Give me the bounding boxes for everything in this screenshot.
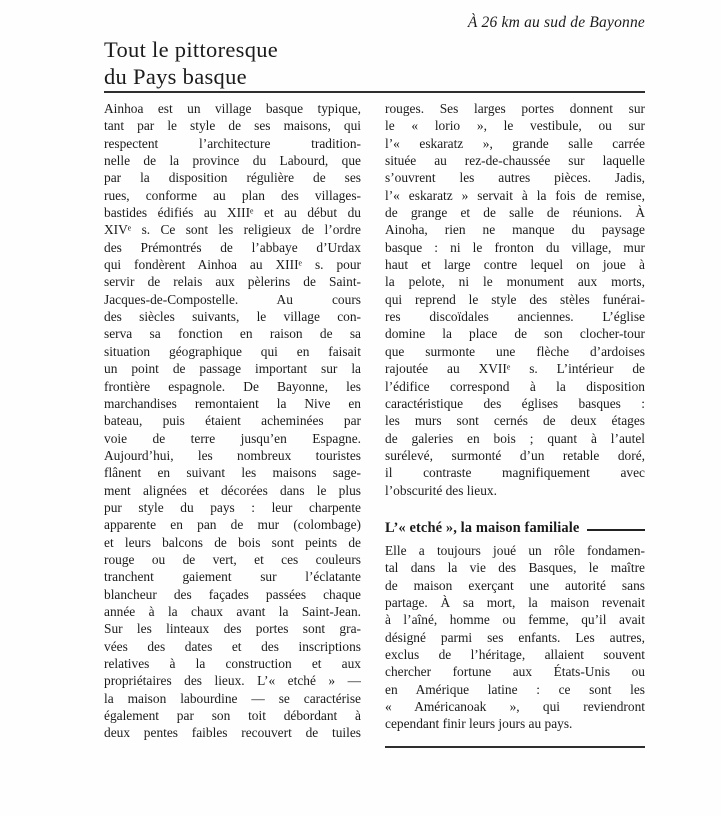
text-line: Ainhoa est un village basque typique, bbox=[104, 100, 361, 117]
text-line: qui reprend le style des stèles funérai- bbox=[385, 291, 645, 308]
text-line: chercher fortune aux États-Unis ou bbox=[385, 663, 645, 680]
text-line: apparente en pan de mur (colombage) bbox=[104, 516, 361, 533]
text-line: Jacques-de-Compostelle. Au cours bbox=[104, 291, 361, 308]
text-line: basque : ni le fronton du village, mur bbox=[385, 239, 645, 256]
text-line: un point de passage important sur la bbox=[104, 360, 361, 377]
page-title-line1: Tout le pittoresque bbox=[104, 36, 278, 63]
right-column-paragraph-1: rouges. Ses larges portes donnent surle … bbox=[385, 100, 645, 499]
text-line: deux pentes faibles recouvert de tuiles bbox=[104, 724, 361, 741]
text-line: partage. À sa mort, la maison revenait bbox=[385, 594, 645, 611]
text-line: servir de relais aux pèlerins de Saint- bbox=[104, 273, 361, 290]
section-heading-text: L’« etché », la maison familiale bbox=[385, 520, 579, 537]
text-line: l’« eskaratz », grande salle carrée bbox=[385, 135, 645, 152]
end-of-article-rule bbox=[385, 746, 645, 748]
text-line: blancheur des façades passées chaque bbox=[104, 586, 361, 603]
section-heading: L’« etché », la maison familiale bbox=[385, 520, 645, 538]
text-line: rouges. Ses larges portes donnent sur bbox=[385, 100, 645, 117]
title-divider-rule bbox=[104, 91, 645, 93]
text-line: exclus de l’héritage, allaient souvent bbox=[385, 646, 645, 663]
text-line: pur style du pays : leur charpente bbox=[104, 499, 361, 516]
text-line: et leurs balcons de bois sont peints de bbox=[104, 534, 361, 551]
text-line: des siècles suivants, le village con- bbox=[104, 308, 361, 325]
text-line: qui fondèrent Ainhoa au XIIIᵉ s. pour bbox=[104, 256, 361, 273]
text-line: la maison labourdine — se caractérise bbox=[104, 690, 361, 707]
magazine-page: À 26 km au sud de Bayonne Tout le pittor… bbox=[0, 0, 721, 816]
text-line: en Amérique latine : ce sont les bbox=[385, 681, 645, 698]
right-column: rouges. Ses larges portes donnent surle … bbox=[385, 100, 645, 748]
page-title-line2: du Pays basque bbox=[104, 63, 278, 90]
text-line: frontière espagnole. De Bayonne, les bbox=[104, 378, 361, 395]
page-title: Tout le pittoresque du Pays basque bbox=[104, 36, 278, 90]
text-line: par la disposition régulière de ses bbox=[104, 169, 361, 186]
text-line: relatives à la construction et aux bbox=[104, 655, 361, 672]
text-line: Ainoha, rien ne manque du paysage bbox=[385, 221, 645, 238]
right-column-paragraph-2: Elle a toujours joué un rôle fondamen-ta… bbox=[385, 542, 645, 733]
dateline: À 26 km au sud de Bayonne bbox=[468, 14, 645, 32]
text-line: nelle de la province du Labourd, que bbox=[104, 152, 361, 169]
text-line: des Prémontrés de l’abbaye d’Urdax bbox=[104, 239, 361, 256]
text-line: de grange et de salle de réunions. À bbox=[385, 204, 645, 221]
text-line: flânent en suivant les maisons sage- bbox=[104, 464, 361, 481]
text-line: marchandises remontaient la Nive en bbox=[104, 395, 361, 412]
text-line: bastides édifiés au XIIIᵉ et au début du bbox=[104, 204, 361, 221]
text-line: l’édifice correspond à la disposition bbox=[385, 378, 645, 395]
text-line: serva sa fonction en raison de sa bbox=[104, 325, 361, 342]
text-line: rues, conforme au plan des villages- bbox=[104, 187, 361, 204]
article-body: Ainhoa est un village basque typique,tan… bbox=[104, 100, 645, 748]
text-line: respectent l’architecture tradition- bbox=[104, 135, 361, 152]
text-line: XIVᵉ s. Ce sont les religieux de l’ordre bbox=[104, 221, 361, 238]
text-line: tant par le style de ses maisons, qui bbox=[104, 117, 361, 134]
text-line: il contraste magnifiquement avec bbox=[385, 464, 645, 481]
text-line: rouge ou de vert, et ces couleurs bbox=[104, 551, 361, 568]
text-line: propriétaires des lieux. L’« etché » — bbox=[104, 672, 361, 689]
text-line: rajoutée au XVIIᵉ s. L’intérieur de bbox=[385, 360, 645, 377]
heading-trailing-rule bbox=[587, 529, 645, 531]
text-line: ment alignées et décorées dans le plus bbox=[104, 482, 361, 499]
text-line: désigné parmi ses enfants. Les autres, bbox=[385, 629, 645, 646]
text-line: que surmonte une flèche d’ardoises bbox=[385, 343, 645, 360]
text-line: s’ouvrent les autres pièces. Jadis, bbox=[385, 169, 645, 186]
text-line: vées des dates et des inscriptions bbox=[104, 638, 361, 655]
text-line: les murs sont cernés de deux étages bbox=[385, 412, 645, 429]
text-line: de galeries en bois ; quant à l’autel bbox=[385, 430, 645, 447]
text-line: tal dans la vie des Basques, le maître bbox=[385, 559, 645, 576]
text-line: voie de terre jusqu’en Espagne. bbox=[104, 430, 361, 447]
text-line: domine la place de son clocher-tour bbox=[385, 325, 645, 342]
text-line: Elle a toujours joué un rôle fondamen- bbox=[385, 542, 645, 559]
text-line: l’obscurité des lieux. bbox=[385, 482, 645, 499]
text-line: surélevé, surmonté d’un retable doré, bbox=[385, 447, 645, 464]
text-line: res discoïdales anciennes. L’église bbox=[385, 308, 645, 325]
text-line: bateau, puis étaient acheminées par bbox=[104, 412, 361, 429]
text-line: année à la chaux avant la Saint-Jean. bbox=[104, 603, 361, 620]
text-line: l’« eskaratz » servait à la fois de remi… bbox=[385, 187, 645, 204]
text-line: le « lorio », le vestibule, ou sur bbox=[385, 117, 645, 134]
text-line: tranchent gaiement sur l’éclatante bbox=[104, 568, 361, 585]
text-line: situation géographique qui en faisait bbox=[104, 343, 361, 360]
text-line: à l’aîné, homme ou femme, qu’il avait bbox=[385, 611, 645, 628]
left-column: Ainhoa est un village basque typique,tan… bbox=[104, 100, 361, 748]
text-line: la pelote, ni le monument aux morts, bbox=[385, 273, 645, 290]
text-line: Aujourd’hui, les nombreux touristes bbox=[104, 447, 361, 464]
text-line: également par son toit débordant à bbox=[104, 707, 361, 724]
text-line: cependant finir leurs jours au pays. bbox=[385, 715, 645, 732]
text-line: située au rez-de-chaussée sur laquelle bbox=[385, 152, 645, 169]
text-line: haut et large contre lequel on joue à bbox=[385, 256, 645, 273]
text-line: « Américanoak », qui reviendront bbox=[385, 698, 645, 715]
text-line: Sur les linteaux des portes sont gra- bbox=[104, 620, 361, 637]
text-line: caractéristique des églises basques : bbox=[385, 395, 645, 412]
text-line: de maison exerçant une autorité sans bbox=[385, 577, 645, 594]
